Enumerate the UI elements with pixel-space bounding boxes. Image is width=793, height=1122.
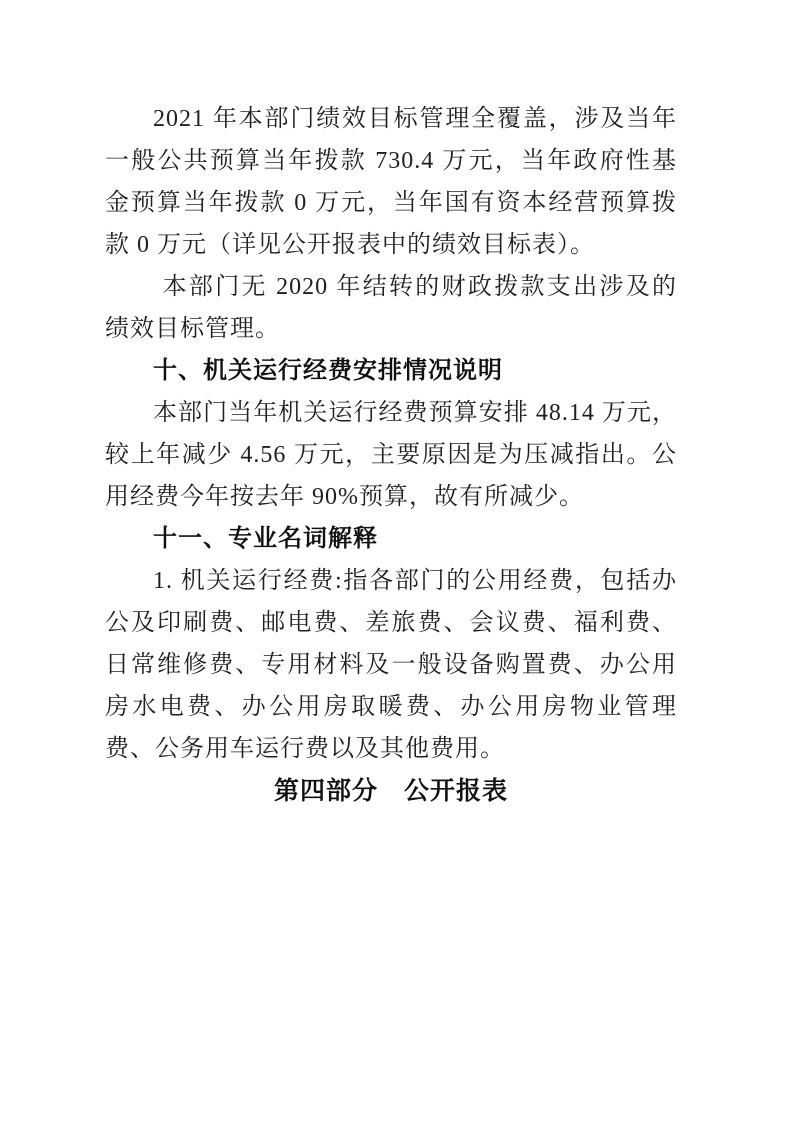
paragraph-operating-budget: 本部门当年机关运行经费预算安排 48.14 万元，较上年减少 4.56 万元，主…	[105, 392, 677, 518]
heading-section-10-operating-funds: 十、机关运行经费安排情况说明	[105, 350, 677, 392]
heading-part-4-public-reports: 第四部分 公开报表	[105, 770, 677, 813]
heading-section-11-terminology: 十一、专业名词解释	[105, 518, 677, 560]
paragraph-term-definition: 1. 机关运行经费:指各部门的公用经费，包括办公及印刷费、邮电费、差旅费、会议费…	[105, 560, 677, 770]
paragraph-2020-carryover: 本部门无 2020 年结转的财政拨款支出涉及的绩效目标管理。	[105, 266, 677, 350]
document-page: 2021 年本部门绩效目标管理全覆盖，涉及当年一般公共预算当年拨款 730.4 …	[0, 0, 793, 1122]
paragraph-performance-targets: 2021 年本部门绩效目标管理全覆盖，涉及当年一般公共预算当年拨款 730.4 …	[105, 98, 677, 266]
document-body: 2021 年本部门绩效目标管理全覆盖，涉及当年一般公共预算当年拨款 730.4 …	[105, 98, 677, 813]
